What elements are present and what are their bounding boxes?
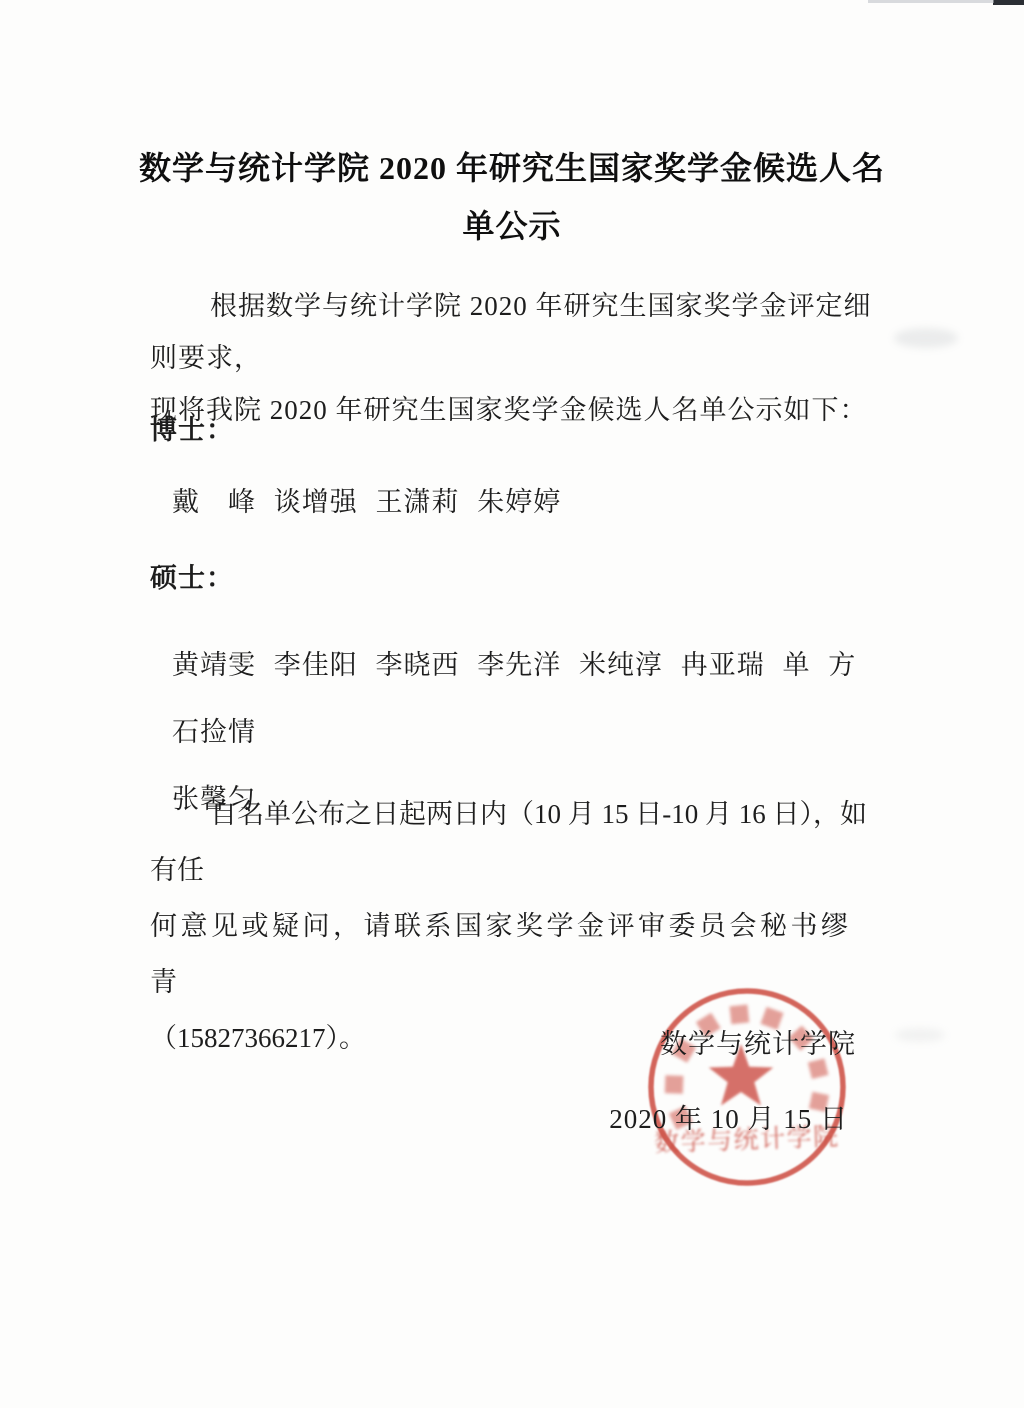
scan-artifact-smudge	[894, 328, 958, 348]
masters-names-line1: 黄靖雯 李佳阳 李晓西 李先洋 米纯淳 冉亚瑞 单 方 石捡情	[172, 632, 892, 766]
page-title-line2: 单公示	[120, 197, 904, 255]
document-page: 数学与统计学院 2020 年研究生国家奖学金候选人名 单公示 根据数学与统计学院…	[0, 0, 1024, 1408]
phd-names: 戴 峰 谈增强 王潇莉 朱婷婷	[172, 480, 892, 519]
signature-date: 2020 年 10 月 15 日	[609, 1097, 848, 1136]
masters-heading: 硕士：	[150, 556, 234, 595]
page-title: 数学与统计学院 2020 年研究生国家奖学金候选人名 单公示	[120, 139, 904, 255]
closing-line2: 何意见或疑问，请联系国家奖学金评审委员会秘书缪青	[150, 898, 874, 1010]
phd-heading: 博士：	[150, 408, 234, 447]
signature-org: 数学与统计学院	[660, 1022, 856, 1061]
intro-line2: 现将我院 2020 年研究生国家奖学金候选人名单公示如下：	[150, 384, 874, 436]
scan-artifact-dark-bar	[993, 0, 1024, 5]
intro-line1: 根据数学与统计学院 2020 年研究生国家奖学金评定细则要求，	[150, 280, 874, 384]
scan-artifact-gray-bar	[868, 0, 994, 3]
scan-artifact-smudge-2	[895, 1028, 945, 1042]
intro-paragraph: 根据数学与统计学院 2020 年研究生国家奖学金评定细则要求， 现将我院 202…	[150, 280, 874, 436]
page-title-line1: 数学与统计学院 2020 年研究生国家奖学金候选人名	[120, 139, 904, 197]
closing-line1: 自名单公布之日起两日内（10 月 15 日-10 月 16 日），如有任	[150, 786, 874, 898]
